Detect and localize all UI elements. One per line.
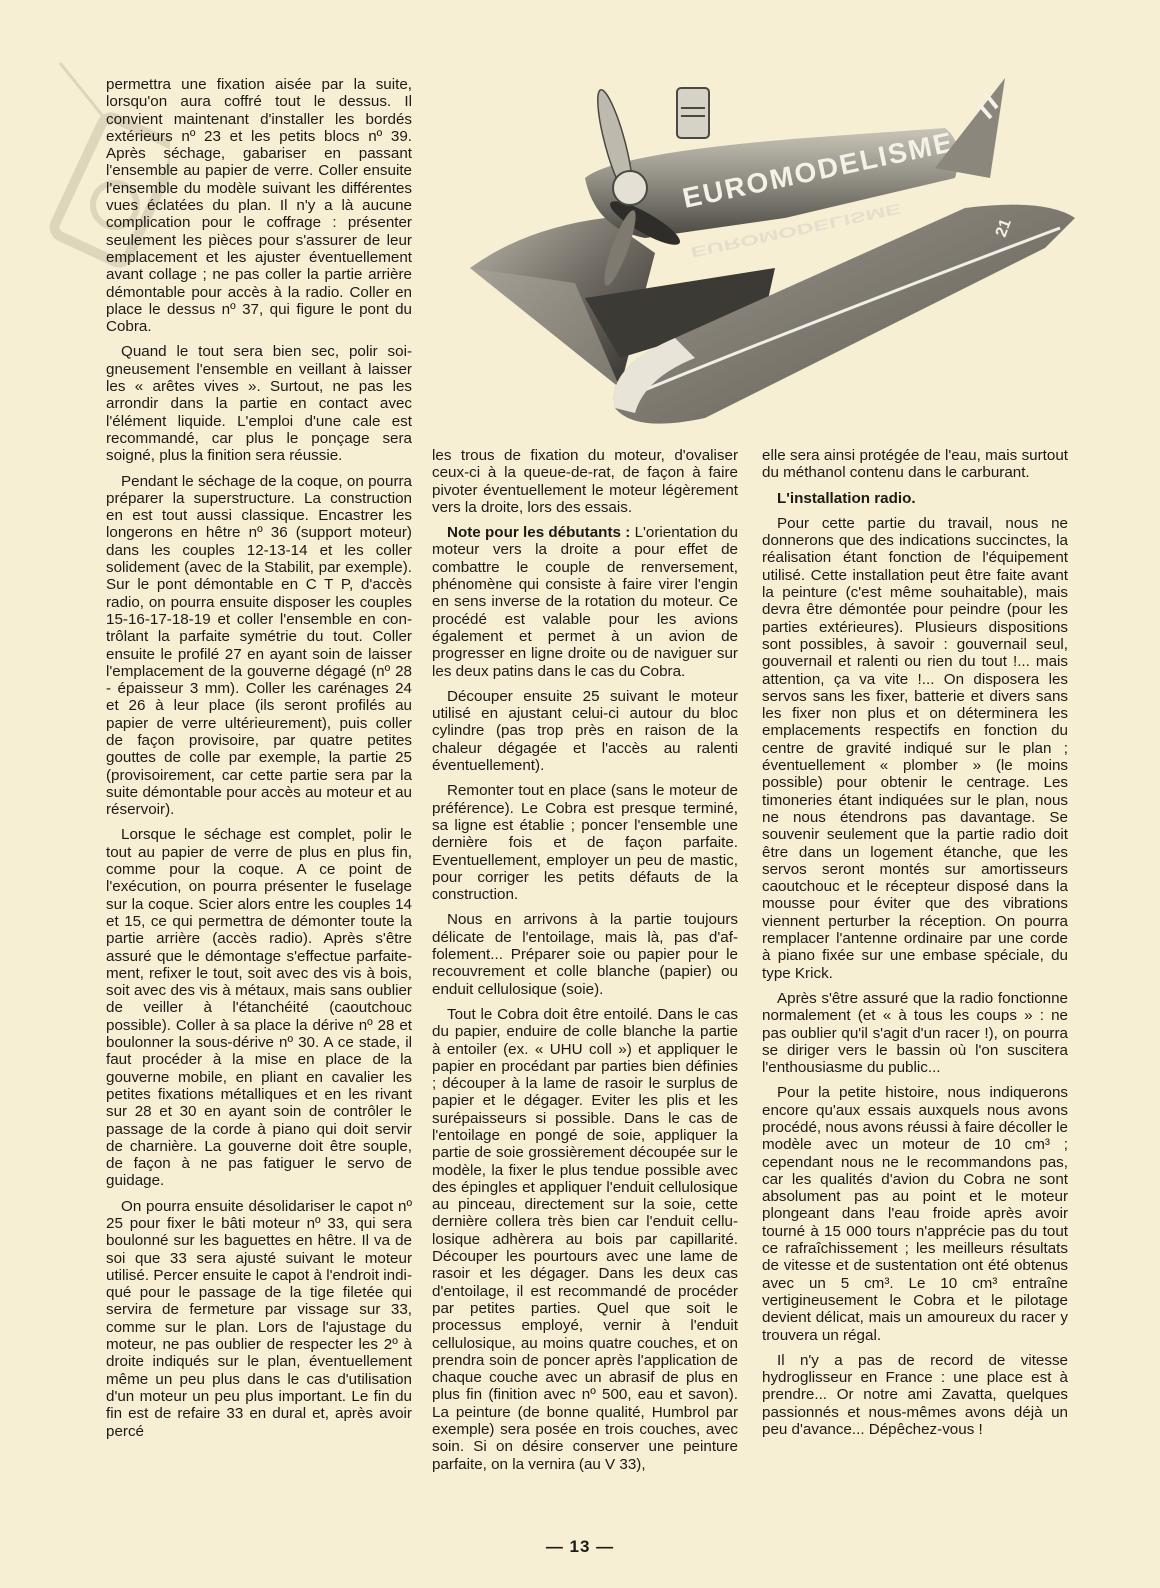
page-number: — 13 — (0, 1537, 1160, 1557)
article-column-2: les trous de fixation du moteur, d'ova­l… (432, 447, 738, 1481)
paragraph: Après s'être assuré que la radio fonc­ti… (762, 990, 1068, 1076)
paragraph: les trous de fixation du moteur, d'ova­l… (432, 447, 738, 516)
paragraph: permettra une fixation aisée par la suit… (106, 76, 412, 335)
paragraph: Pour cette partie du travail, nous ne do… (762, 515, 1068, 982)
paragraph: Nous en arrivons à la partie toujours dé… (432, 911, 738, 997)
paragraph: Il n'y a pas de record de vitesse hydrog… (762, 1352, 1068, 1438)
paragraph: On pourra ensuite désolidariser le capot… (106, 1198, 412, 1440)
paragraph: elle sera ainsi protégée de l'eau, mais … (762, 447, 1068, 482)
note-lead: Note pour les débutants : (447, 524, 630, 541)
cobra-model-photo: EUROMODELISME EUROMODELISME 21 (445, 68, 1085, 428)
paragraph: Découper ensuite 25 suivant le moteur ut… (432, 688, 738, 774)
paragraph: Lorsque le séchage est complet, polir le… (106, 826, 412, 1189)
article-column-1: permettra une fixation aisée par la suit… (106, 76, 412, 1448)
paragraph: Pour la petite histoire, nous indique­ro… (762, 1084, 1068, 1343)
paragraph: Remonter tout en place (sans le mo­teur … (432, 782, 738, 903)
beginner-note: Note pour les débutants : L'orientation … (432, 524, 738, 680)
section-heading: L'installation radio. (762, 490, 1068, 507)
note-text: L'orientation du moteur vers la droite a… (432, 524, 738, 679)
paragraph: Tout le Cobra doit être entoilé. Dans le… (432, 1006, 738, 1473)
article-column-3: elle sera ainsi protégée de l'eau, mais … (762, 447, 1068, 1446)
paragraph: Quand le tout sera bien sec, polir soi­g… (106, 343, 412, 464)
paragraph: Pendant le séchage de la coque, on pourr… (106, 473, 412, 819)
